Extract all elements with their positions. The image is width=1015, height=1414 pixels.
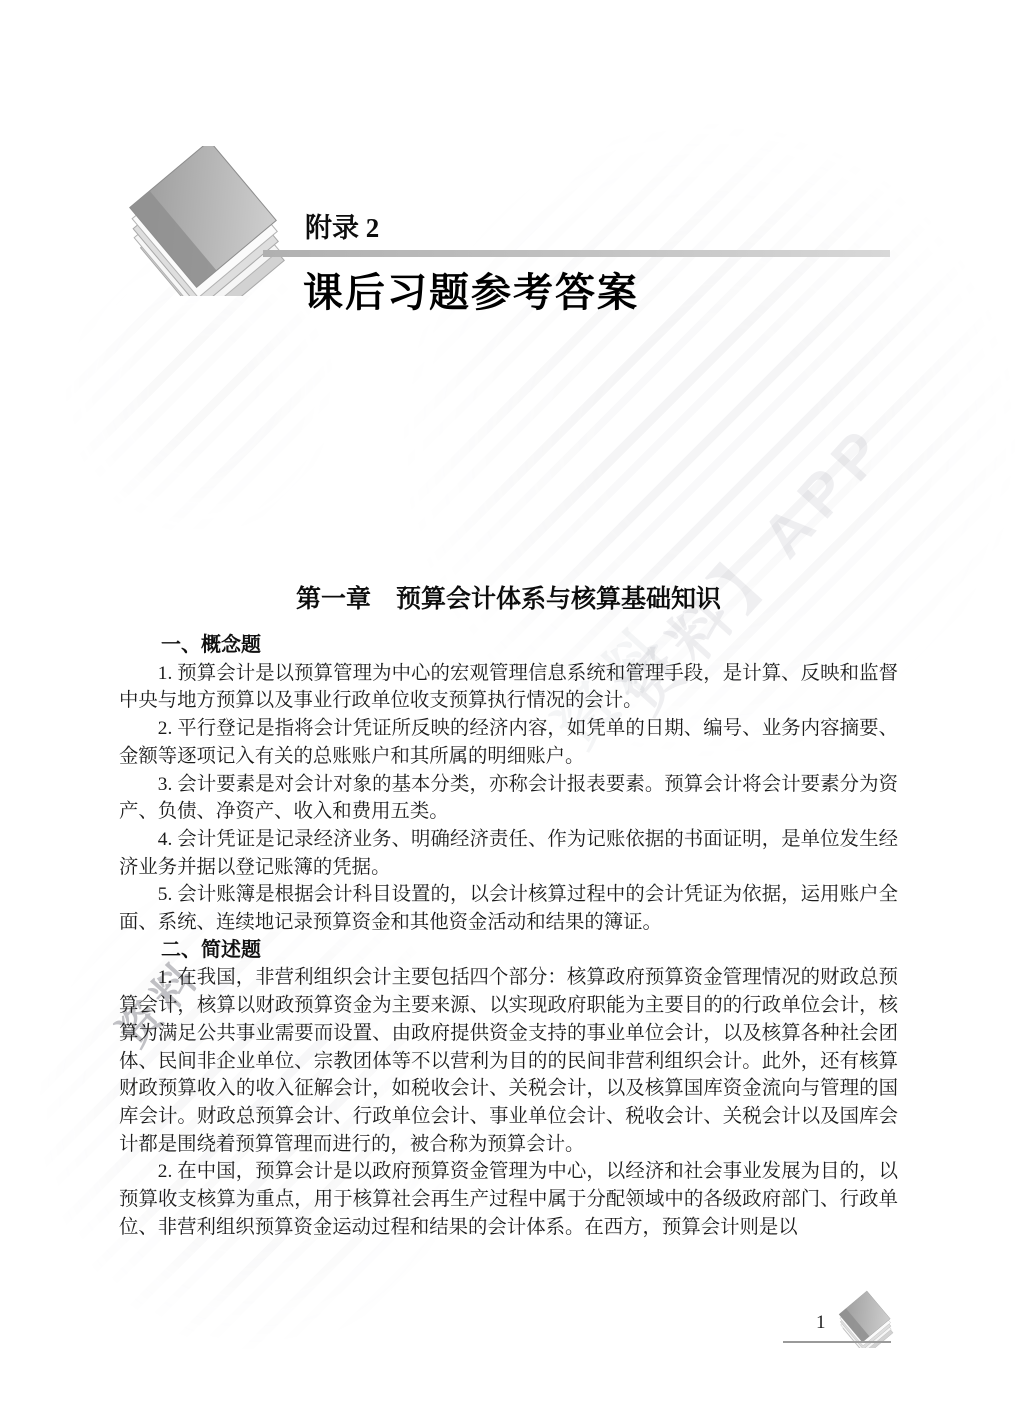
- appendix-label: 附录 2: [305, 206, 379, 245]
- paragraph: 2. 在中国，预算会计是以政府预算资金管理为中心，以经济和社会事业发展为目的，以…: [119, 1158, 898, 1241]
- section-heading-short-answer: 二、简述题: [119, 937, 898, 965]
- stacked-books-icon-small: [836, 1290, 894, 1348]
- paragraph: 1. 在我国，非营利组织会计主要包括四个部分：核算政府预算资金管理情况的财政总预…: [119, 964, 898, 1158]
- paragraph: 3. 会计要素是对会计对象的基本分类，亦称会计报表要素。预算会计将会计要素分为资…: [119, 771, 898, 826]
- footer-rule: [783, 1341, 891, 1343]
- header-rule: [263, 250, 890, 257]
- content-area: 第一章 预算会计体系与核算基础知识 一、概念题 1. 预算会计是以预算管理为中心…: [119, 585, 898, 1241]
- stacked-books-icon: [121, 146, 287, 296]
- document-title: 课后习题参考答案: [303, 261, 639, 318]
- paragraph: 5. 会计账簿是根据会计科目设置的，以会计核算过程中的会计凭证为依据，运用账户全…: [119, 881, 898, 936]
- page-number: 1: [816, 1312, 826, 1334]
- section-heading-concepts: 一、概念题: [119, 632, 898, 660]
- chapter-title: 第一章 预算会计体系与核算基础知识: [119, 585, 898, 615]
- page: 资料】APP 资料 资料: [0, 0, 1015, 1414]
- paragraph: 1. 预算会计是以预算管理为中心的宏观管理信息系统和管理手段，是计算、反映和监督…: [119, 660, 898, 715]
- paragraph: 4. 会计凭证是记录经济业务、明确经济责任、作为记账依据的书面证明，是单位发生经…: [119, 826, 898, 881]
- paragraph: 2. 平行登记是指将会计凭证所反映的经济内容，如凭单的日期、编号、业务内容摘要、…: [119, 715, 898, 770]
